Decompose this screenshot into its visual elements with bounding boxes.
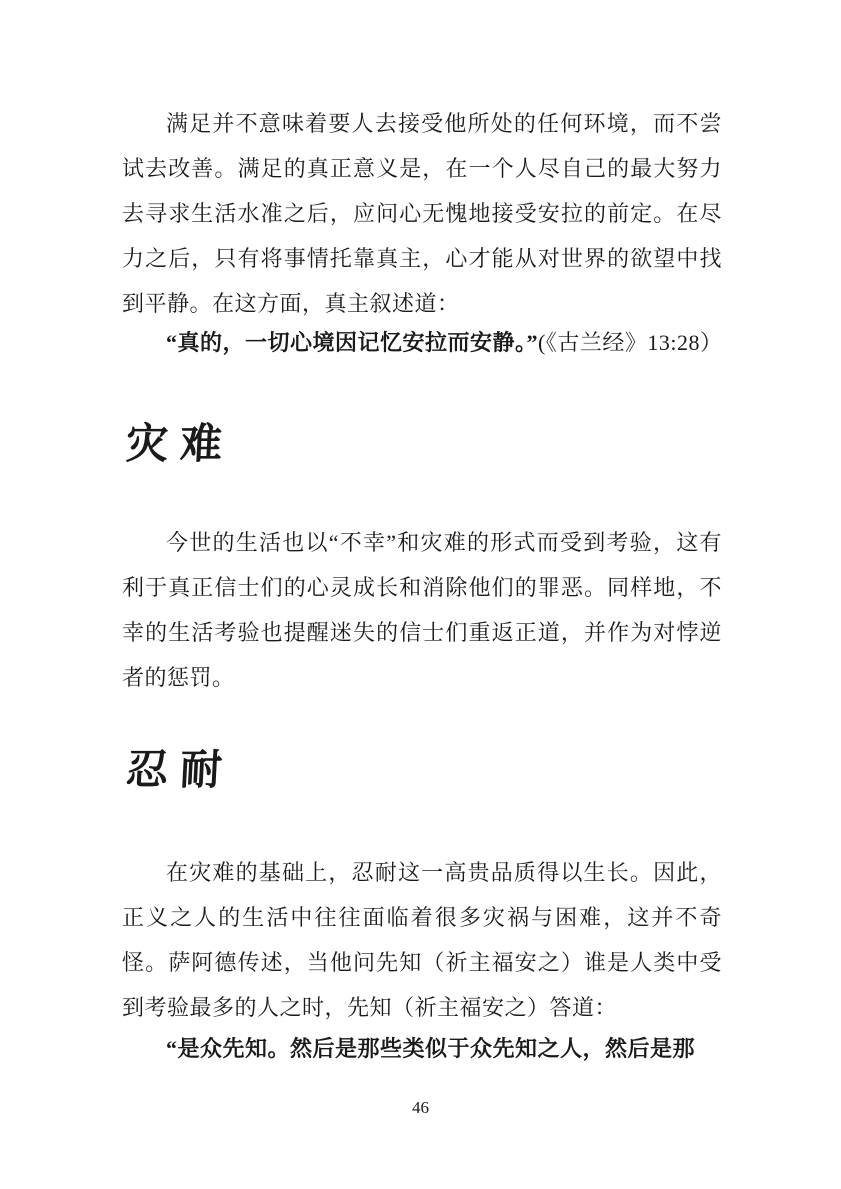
section-heading-calamity: 灾难 bbox=[125, 424, 235, 466]
paragraph-calamity: 今世的生活也以“不幸”和灾难的形式而受到考验，这有利于真正信士们的心灵成长和消除… bbox=[122, 520, 722, 700]
paragraph-patience: 在灾难的基础上，忍耐这一高贵品质得以生长。因此，正义之人的生活中往往面临着很多灾… bbox=[122, 850, 722, 1030]
hadith-quote-line: “是众先知。然后是那些类似于众先知之人，然后是那 bbox=[122, 1026, 742, 1071]
document-page: 满足并不意味着要人去接受他所处的任何环境，而不尝试去改善。满足的真正意义是，在一… bbox=[0, 0, 841, 1189]
section-heading-patience: 忍耐 bbox=[125, 750, 235, 792]
quran-quote-citation: (《古兰经》13:28） bbox=[538, 330, 722, 355]
hadith-quote-text: “是众先知。然后是那些类似于众先知之人，然后是那 bbox=[166, 1036, 695, 1061]
quran-quote-line: “真的，一切心境因记忆安拉而安静。”(《古兰经》13:28） bbox=[122, 320, 742, 365]
paragraph-contentment: 满足并不意味着要人去接受他所处的任何环境，而不尝试去改善。满足的真正意义是，在一… bbox=[122, 101, 722, 326]
quran-quote-text: “真的，一切心境因记忆安拉而安静。” bbox=[166, 330, 538, 355]
page-number: 46 bbox=[0, 1098, 841, 1118]
